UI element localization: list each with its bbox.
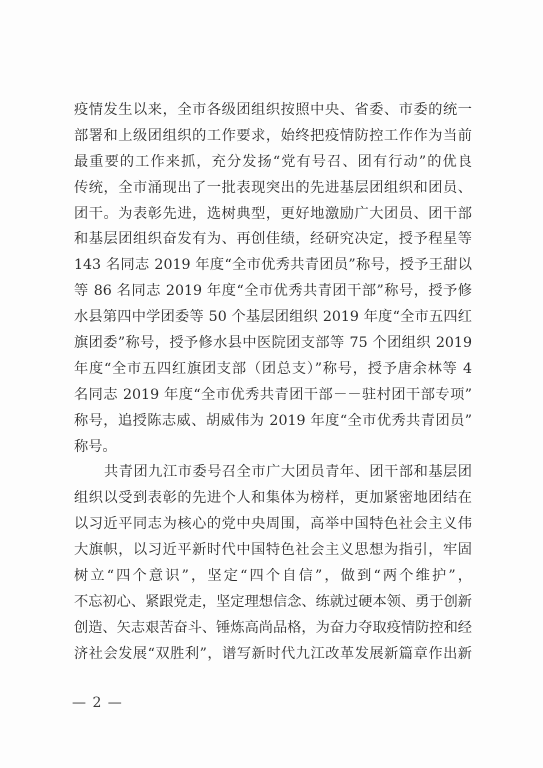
page-number: — 2 — bbox=[72, 693, 123, 713]
text-line: 创造、矢志艰苦奋斗、锤炼高尚品格，为奋力夺取疫情防控和经 bbox=[74, 616, 472, 642]
text-line: 和基层团组织奋发有为、再创佳绩，经研究决定，授予程星等 bbox=[74, 227, 472, 253]
text-line: 树立“四个意识”，坚定“四个自信”，做到“两个维护”， bbox=[74, 564, 472, 590]
document-body: 疫情发生以来，全市各级团组织按照中央、省委、市委的统一 部署和上级团组织的工作要… bbox=[74, 98, 472, 668]
text-line: 等 86 名同志 2019 年度“全市优秀共青团干部”称号，授予修 bbox=[74, 279, 472, 305]
text-line: 年度“全市五四红旗团支部（团总支）”称号，授予唐余林等 4 bbox=[74, 357, 472, 383]
paragraph-1: 疫情发生以来，全市各级团组织按照中央、省委、市委的统一 部署和上级团组织的工作要… bbox=[74, 98, 472, 460]
text-line: 济社会发展“双胜利”，谱写新时代九江改革发展新篇章作出新 bbox=[74, 642, 472, 668]
text-line: 名同志 2019 年度“全市优秀共青团干部－－驻村团干部专项” bbox=[74, 383, 472, 409]
text-line: 称号，追授陈志威、胡威伟为 2019 年度“全市优秀共青团员” bbox=[74, 409, 472, 435]
text-line: 组织以受到表彰的先进个人和集体为榜样，更加紧密地团结在 bbox=[74, 486, 472, 512]
text-line: 最重要的工作来抓，充分发扬“党有号召、团有行动”的优良 bbox=[74, 150, 472, 176]
text-line: 大旗帜，以习近平新时代中国特色社会主义思想为指引，牢固 bbox=[74, 538, 472, 564]
text-line: 以习近平同志为核心的党中央周围，高举中国特色社会主义伟 bbox=[74, 512, 472, 538]
text-line: 团干。为表彰先进，选树典型，更好地激励广大团员、团干部 bbox=[74, 202, 472, 228]
text-line: 水县第四中学团委等 50 个基层团组织 2019 年度“全市五四红 bbox=[74, 305, 472, 331]
document-page: 疫情发生以来，全市各级团组织按照中央、省委、市委的统一 部署和上级团组织的工作要… bbox=[0, 0, 543, 768]
text-line: 疫情发生以来，全市各级团组织按照中央、省委、市委的统一 bbox=[74, 98, 472, 124]
text-line: 传统，全市涌现出了一批表现突出的先进基层团组织和团员、 bbox=[74, 176, 472, 202]
text-line: 143 名同志 2019 年度“全市优秀共青团员”称号，授予王甜以 bbox=[74, 253, 472, 279]
text-line: 共青团九江市委号召全市广大团员青年、团干部和基层团 bbox=[74, 460, 472, 486]
text-line: 部署和上级团组织的工作要求，始终把疫情防控工作作为当前 bbox=[74, 124, 472, 150]
text-line: 称号。 bbox=[74, 435, 472, 461]
text-line: 旗团委”称号，授予修水县中医院团支部等 75 个团组织 2019 bbox=[74, 331, 472, 357]
paragraph-2: 共青团九江市委号召全市广大团员青年、团干部和基层团 组织以受到表彰的先进个人和集… bbox=[74, 460, 472, 667]
text-line: 不忘初心、紧跟党走，坚定理想信念、练就过硬本领、勇于创新 bbox=[74, 590, 472, 616]
